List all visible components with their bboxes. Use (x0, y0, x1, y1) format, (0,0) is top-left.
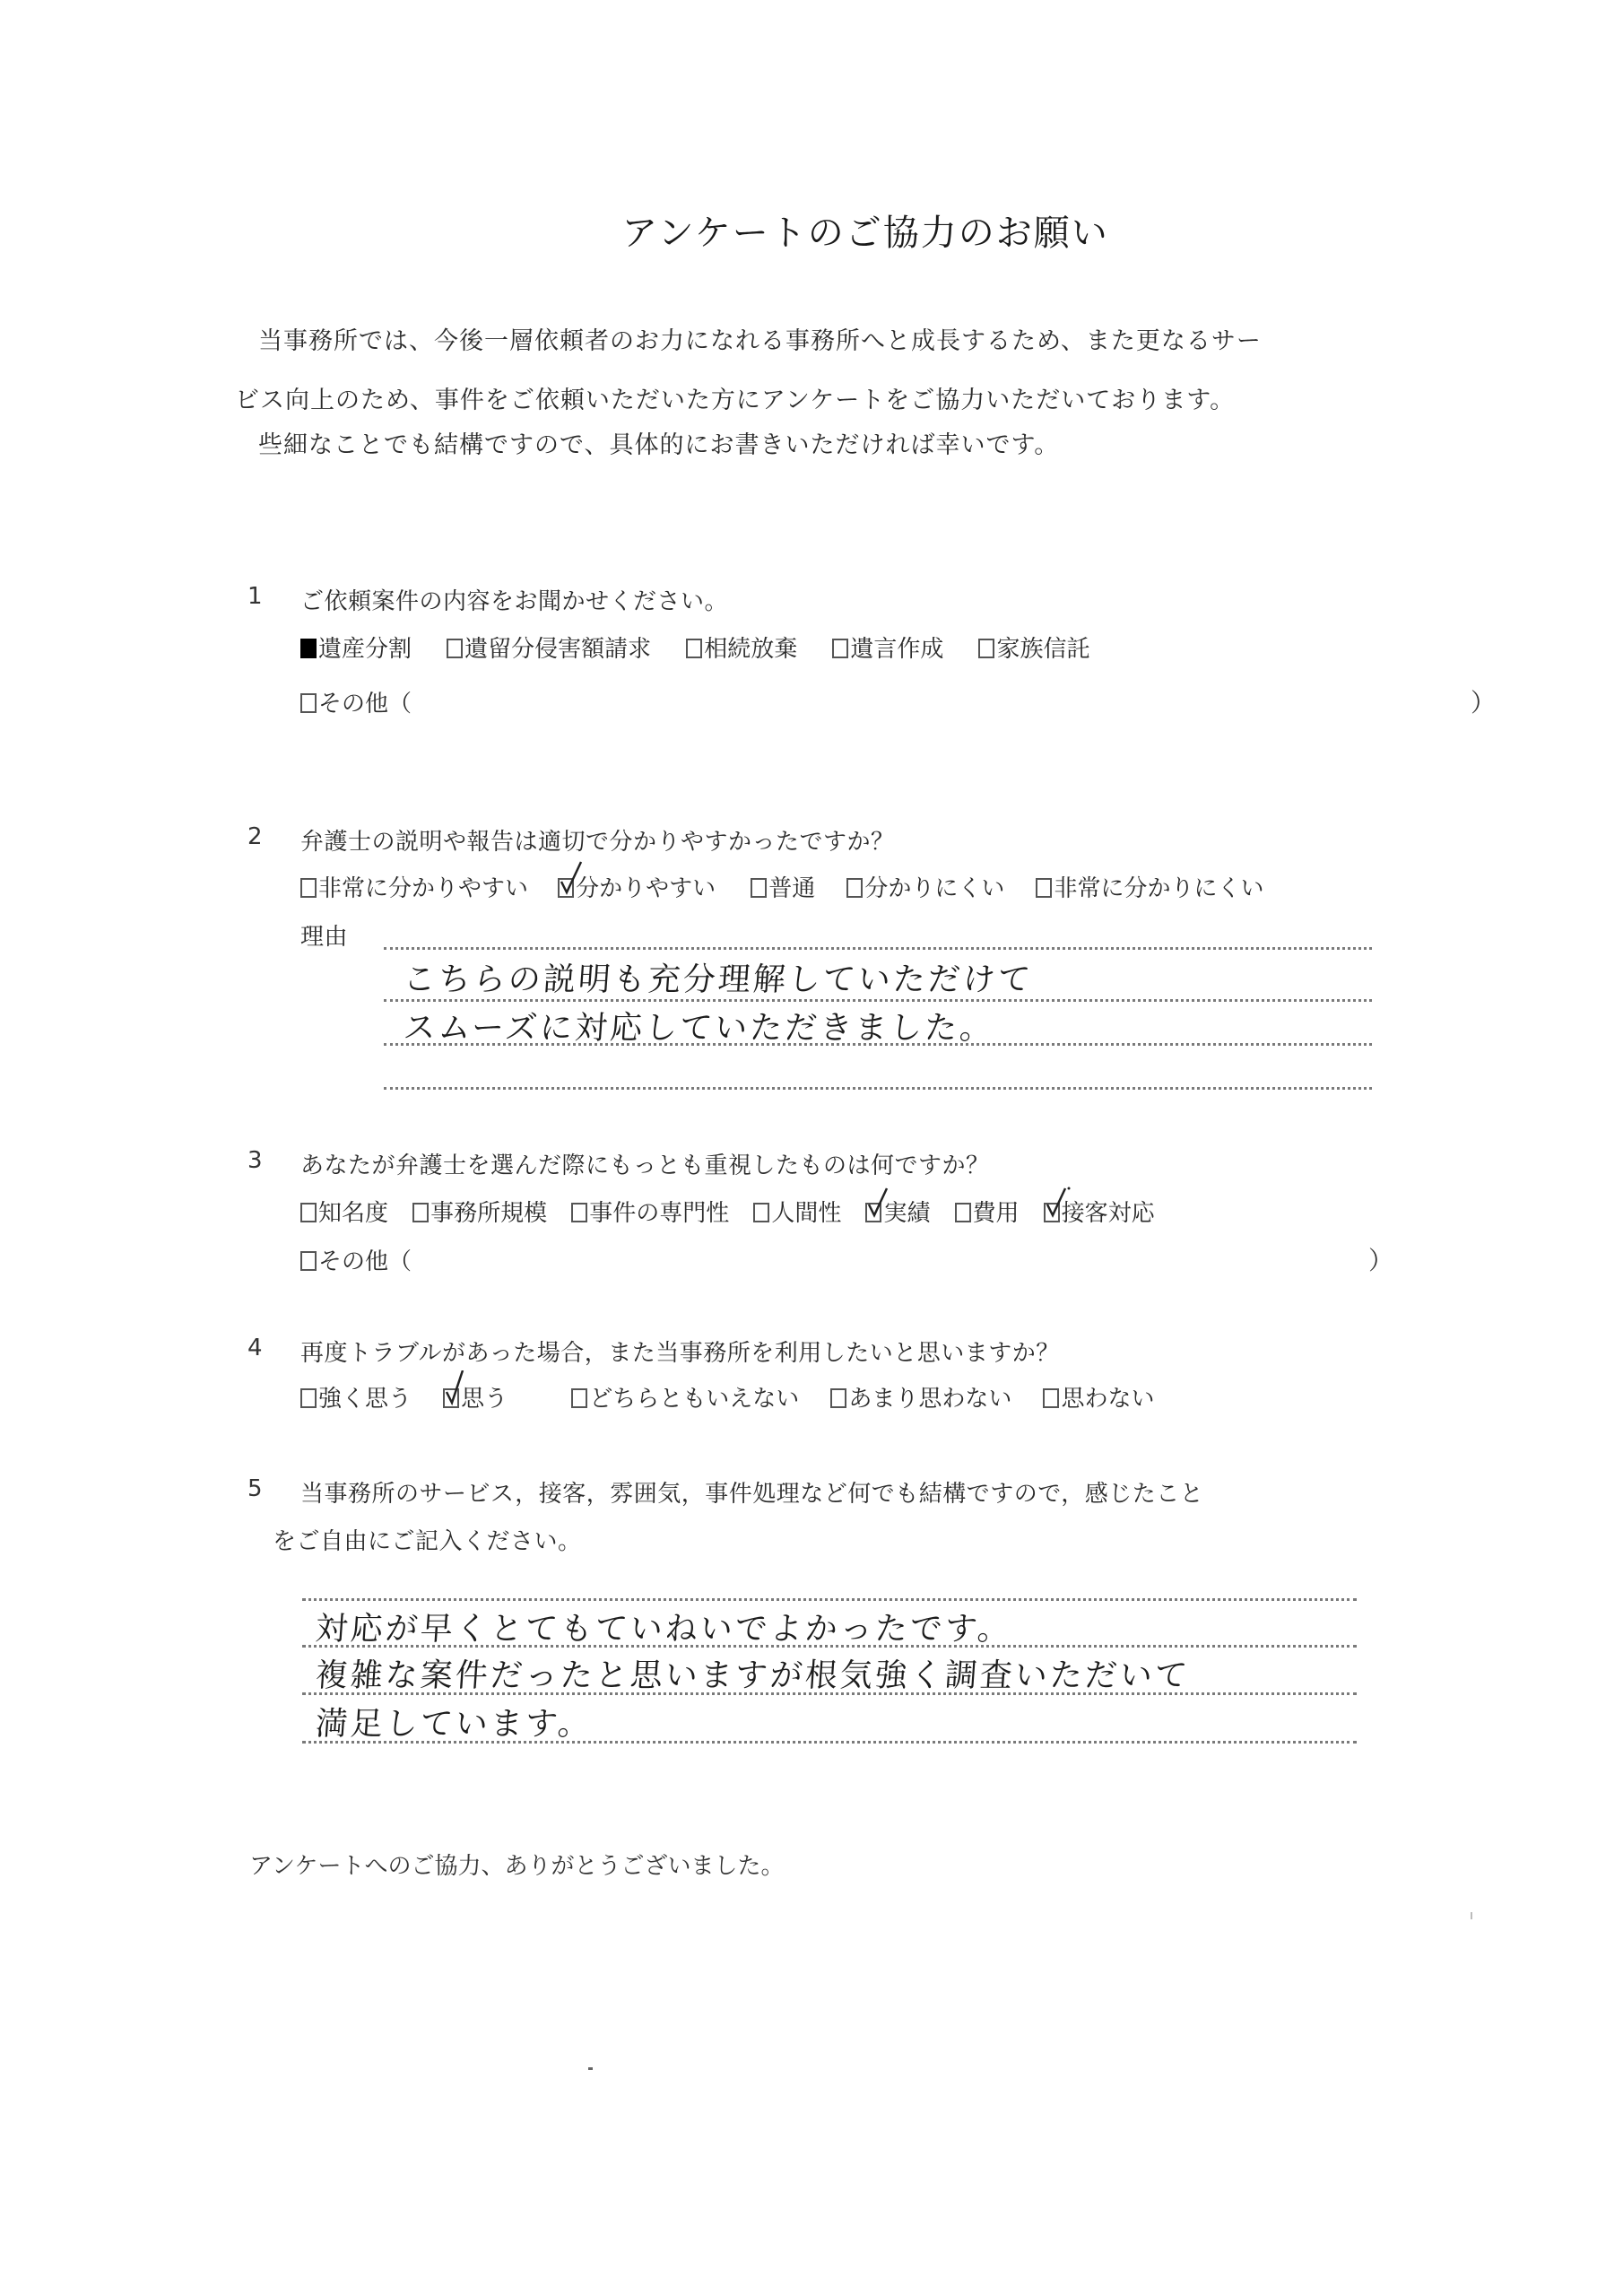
question-text: あなたが弁護士を選んだ際にもっとも重視したものは何ですか？ (300, 1147, 990, 1180)
question-text: ご依頼案件の内容をお聞かせください。 (300, 583, 728, 616)
option-senmonsei[interactable]: 事件の専門性 (571, 1195, 729, 1228)
option-label: 家族信託 (996, 631, 1089, 664)
option-tsuyoku-omou[interactable]: 強く思う (300, 1380, 412, 1413)
option-omowanai[interactable]: 思わない (1043, 1380, 1154, 1413)
option-jimusho-kibo[interactable]: 事務所規模 (412, 1195, 547, 1228)
option-label: 事務所規模 (430, 1195, 547, 1228)
option-ningensei[interactable]: 人間性 (753, 1195, 841, 1228)
checkbox[interactable] (751, 878, 767, 898)
reason-label: 理由 (300, 918, 348, 952)
option-hard[interactable]: 分かりにくい (846, 870, 1004, 903)
checkbox[interactable] (571, 1388, 587, 1408)
checkbox[interactable] (846, 878, 863, 898)
question-number: 1 (247, 583, 263, 610)
option-kazoku-shintaku[interactable]: 家族信託 (978, 631, 1089, 664)
checkbox[interactable] (447, 639, 463, 658)
question-text-line-2: をご自由にご記入ください。 (273, 1523, 582, 1556)
question-text: 再度トラブルがあった場合，また当事務所を利用したいと思いますか？ (300, 1335, 1060, 1368)
option-jisseki[interactable]: 実績 (865, 1195, 930, 1228)
option-easy[interactable]: 分かりやすい (558, 870, 716, 903)
checkbox[interactable] (686, 639, 702, 658)
checkbox[interactable] (1043, 1388, 1059, 1408)
options-row: 強く思う 思う どちらともいえない あまり思わない 思わない (300, 1380, 1154, 1413)
option-label: 遺留分侵害額請求 (464, 631, 651, 664)
option-label: どちらともいえない (589, 1380, 799, 1413)
option-label: 費用 (973, 1195, 1020, 1228)
question-number: 2 (247, 823, 263, 850)
answer-line-1 (302, 1598, 1357, 1601)
reason-line-4 (384, 1087, 1372, 1090)
checkbox[interactable] (300, 1203, 317, 1222)
handwritten-answer-2[interactable]: 複雑な案件だったと思いますが根気強く調査いただいて (314, 1650, 1192, 1696)
checkbox-filled[interactable] (300, 639, 317, 658)
intro-line-2: ビス向上のため、事件をご依頼いただいた方にアンケートをご協力いただいております。 (235, 380, 1235, 415)
question-number: 5 (247, 1475, 263, 1502)
options-row: 遺産分割 遺留分侵害額請求 相続放棄 遺言作成 家族信託 (300, 631, 1089, 664)
question-number: 3 (247, 1147, 263, 1174)
option-label: 相続放棄 (704, 631, 797, 664)
checkbox-checked[interactable] (1044, 1203, 1060, 1222)
option-omou[interactable]: 思う (443, 1380, 508, 1413)
checkbox-checked[interactable] (443, 1388, 459, 1408)
checkbox[interactable] (832, 639, 848, 658)
option-label: 分かりやすい (576, 870, 716, 903)
option-label: 強く思う (318, 1380, 412, 1413)
checkmark-icon (865, 1185, 892, 1221)
checkbox[interactable] (1036, 878, 1052, 898)
options-row: 非常に分かりやすい 分かりやすい 普通 分かりにくい 非常に分かりにくい (300, 870, 1263, 903)
option-label: 分かりにくい (864, 870, 1004, 903)
handwritten-reason-2[interactable]: スムーズに対応していただきました。 (402, 1003, 996, 1048)
checkbox[interactable] (300, 693, 317, 713)
checkbox[interactable] (955, 1203, 971, 1222)
page-title: アンケートのご協力のお願い (0, 204, 1623, 256)
question-text-line-1: 当事務所のサービス，接客，雰囲気，事件処理など何でも結構ですので，感じたこと (300, 1475, 1203, 1509)
option-amari-omowanai[interactable]: あまり思わない (830, 1380, 1011, 1413)
question-text: 弁護士の説明や報告は適切で分かりやすかったですか？ (300, 823, 895, 857)
option-label: 人間性 (771, 1195, 841, 1228)
other-option[interactable]: その他（ (300, 685, 412, 718)
option-iryubun[interactable]: 遺留分侵害額請求 (447, 631, 651, 664)
option-sekkyaku-taio[interactable]: 接客対応 (1044, 1195, 1155, 1228)
closing-text: アンケートへのご協力、ありがとうございました。 (249, 1848, 784, 1881)
option-normal[interactable]: 普通 (751, 870, 815, 903)
option-label: 思わない (1061, 1380, 1154, 1413)
option-label: 遺言作成 (850, 631, 943, 664)
other-option[interactable]: その他（ (300, 1243, 412, 1276)
checkmark-icon (1044, 1185, 1071, 1221)
option-very-easy[interactable]: 非常に分かりやすい (300, 870, 528, 903)
other-label: その他（ (318, 685, 412, 718)
intro-line-3: 些細なことでも結構ですので、具体的にお書きいただければ幸いです。 (258, 425, 1059, 460)
option-label: 非常に分かりにくい (1054, 870, 1263, 903)
intro-line-1: 当事務所では、今後一層依頼者のお力になれる事務所へと成長するため、また更なるサー (258, 321, 1262, 356)
other-label: その他（ (318, 1243, 412, 1276)
checkbox[interactable] (571, 1203, 587, 1222)
handwritten-reason-1[interactable]: こちらの説明も充分理解していただけて (402, 954, 1035, 1000)
option-label: 事件の専門性 (589, 1195, 729, 1228)
option-label: 遺産分割 (318, 631, 412, 664)
handwritten-answer-3[interactable]: 満足しています。 (314, 1699, 595, 1744)
checkbox[interactable] (412, 1203, 429, 1222)
handwritten-answer-1[interactable]: 対応が早くとてもていねいでよかったです。 (314, 1604, 1014, 1649)
question-number: 4 (247, 1335, 263, 1361)
checkbox[interactable] (300, 1251, 317, 1271)
close-paren: ） (1368, 1241, 1393, 1277)
option-very-hard[interactable]: 非常に分かりにくい (1036, 870, 1263, 903)
scan-speck (1471, 1912, 1472, 1919)
checkbox[interactable] (830, 1388, 846, 1408)
option-label: あまり思わない (848, 1380, 1011, 1413)
options-row: 知名度 事務所規模 事件の専門性 人間性 実績 費用 接客対応 (300, 1195, 1155, 1228)
option-label: 接客対応 (1062, 1195, 1155, 1228)
checkbox-checked[interactable] (558, 878, 574, 898)
option-chimeido[interactable]: 知名度 (300, 1195, 388, 1228)
option-hiyo[interactable]: 費用 (955, 1195, 1020, 1228)
checkbox[interactable] (753, 1203, 769, 1222)
option-label: 知名度 (318, 1195, 388, 1228)
scan-speck (588, 2067, 593, 2070)
reason-line-1 (384, 947, 1372, 950)
checkbox[interactable] (978, 639, 994, 658)
option-label: 普通 (768, 870, 815, 903)
close-paren: ） (1471, 683, 1496, 719)
option-dochiratomo[interactable]: どちらともいえない (571, 1380, 799, 1413)
option-yuigon[interactable]: 遺言作成 (832, 631, 943, 664)
option-sozoku-hoki[interactable]: 相続放棄 (686, 631, 797, 664)
checkbox[interactable] (300, 1388, 317, 1408)
checkmark-icon (558, 860, 585, 896)
checkbox-checked[interactable] (865, 1203, 881, 1222)
option-label: 非常に分かりやすい (318, 870, 528, 903)
checkmark-icon (443, 1370, 470, 1406)
option-isan-bunkatsu[interactable]: 遺産分割 (300, 631, 412, 664)
checkbox[interactable] (300, 878, 317, 898)
